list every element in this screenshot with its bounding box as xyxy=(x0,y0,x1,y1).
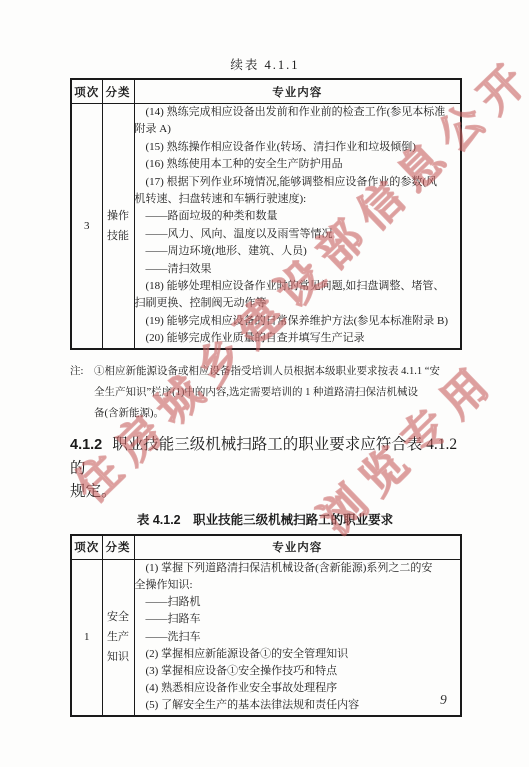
text-line: 全生产知识”栏序(1)中的内容,选定需要培训的 1 种道路清扫保洁机械设 xyxy=(94,382,440,403)
header-professional-content: 专业内容 xyxy=(134,535,461,560)
text-line: (4) 熟悉相应设备作业安全事故处理程序 xyxy=(135,680,461,697)
document-page: 续表 4.1.1 项次 分类 专业内容 3 操作技能 (14) 熟练完成相应设备… xyxy=(0,0,529,767)
header-item-no: 项次 xyxy=(71,535,102,560)
text-line: ——扫路机 xyxy=(135,594,461,611)
text-line: ——路面垃圾的种类和数量 xyxy=(135,208,461,225)
row-index: 3 xyxy=(71,104,102,349)
text-line: (3) 掌握相应设备①安全操作技巧和特点 xyxy=(135,663,461,680)
row-category: 操作技能 xyxy=(102,104,134,349)
text-line: 技能 xyxy=(103,226,134,246)
text-line: 附录 A) xyxy=(135,121,461,138)
text-line: (1) 掌握下列道路清扫保洁机械设备(含新能源)系列之二的安 xyxy=(135,560,461,577)
table-header-row: 项次 分类 专业内容 xyxy=(71,79,461,104)
text-line: (5) 了解安全生产的基本法律法规和责任内容 xyxy=(135,697,461,714)
row-category: 安全生产知识 xyxy=(102,559,134,715)
text-line: (2) 掌握相应新能源设备①的安全管理知识 xyxy=(135,646,461,663)
text-line: (17) 根据下列作业环境情况,能够调整相应设备作业的参数(风 xyxy=(135,174,461,191)
row-content: (1) 掌握下列道路清扫保洁机械设备(含新能源)系列之二的安全操作知识: ——扫… xyxy=(134,559,461,715)
text-line: ——洗扫车 xyxy=(135,629,461,646)
section-number: 4.1.2 xyxy=(70,437,102,453)
page-content: 续表 4.1.1 项次 分类 专业内容 3 操作技能 (14) 熟练完成相应设备… xyxy=(70,0,460,717)
text-line: ——风力、风向、温度以及雨雪等情况 xyxy=(135,226,461,243)
text-line: ——周边环境(地形、建筑、人员) xyxy=(135,243,461,260)
text-line: 生产 xyxy=(103,627,134,647)
note-label: 注: xyxy=(70,361,94,424)
text-line: (16) 熟练使用本工种的安全生产防护用品 xyxy=(135,156,461,173)
header-category: 分类 xyxy=(102,535,134,560)
section-heading-line2: 规定。 xyxy=(70,480,460,503)
text-line: (15) 熟练操作相应设备作业(转场、清扫作业和垃圾倾倒) xyxy=(135,139,461,156)
section-text: 职业技能三级机械扫路工的职业要求应符合表 4.1.2 的 xyxy=(70,436,457,477)
text-line: 备(含新能源)。 xyxy=(94,403,440,424)
text-line: (20) 能够完成作业质量的自查并填写生产记录 xyxy=(135,330,461,347)
table-row: 3 操作技能 (14) 熟练完成相应设备出发前和作业前的检查工作(参见本标准附录… xyxy=(71,104,461,349)
table-note: 注: ①相应新能源设备或相应设备指受培训人员根据本级职业要求按表 4.1.1 “… xyxy=(70,361,460,424)
text-line: 操作 xyxy=(103,206,134,226)
header-item-no: 项次 xyxy=(71,79,102,104)
page-number: 9 xyxy=(440,692,447,708)
header-professional-content: 专业内容 xyxy=(134,79,461,104)
table-row: 1 安全生产知识 (1) 掌握下列道路清扫保洁机械设备(含新能源)系列之二的安全… xyxy=(71,559,461,715)
text-line: 扫刷更换、控制阀无动作等 xyxy=(135,295,461,312)
section-heading-line1: 4.1.2职业技能三级机械扫路工的职业要求应符合表 4.1.2 的 xyxy=(70,433,460,480)
continued-table-title: 续表 4.1.1 xyxy=(70,55,460,73)
row-content: (14) 熟练完成相应设备出发前和作业前的检查工作(参见本标准附录 A) (15… xyxy=(134,104,461,349)
header-category: 分类 xyxy=(102,79,134,104)
text-line: 安全 xyxy=(103,607,134,627)
text-line: 知识 xyxy=(103,647,134,667)
note-text: ①相应新能源设备或相应设备指受培训人员根据本级职业要求按表 4.1.1 “安全生… xyxy=(94,361,440,424)
text-line: 全操作知识: xyxy=(135,577,461,594)
section-heading: 4.1.2职业技能三级机械扫路工的职业要求应符合表 4.1.2 的 规定。 xyxy=(70,433,460,503)
table-4-1-1-continued: 项次 分类 专业内容 3 操作技能 (14) 熟练完成相应设备出发前和作业前的检… xyxy=(70,78,462,350)
table-4-1-2-caption: 表 4.1.2 职业技能三级机械扫路工的职业要求 xyxy=(70,510,460,528)
text-line: ——扫路车 xyxy=(135,611,461,628)
text-line: ——清扫效果 xyxy=(135,261,461,278)
text-line: (14) 熟练完成相应设备出发前和作业前的检查工作(参见本标准 xyxy=(135,104,461,121)
text-line: 机转速、扫盘转速和车辆行驶速度): xyxy=(135,191,461,208)
table-4-1-2: 项次 分类 专业内容 1 安全生产知识 (1) 掌握下列道路清扫保洁机械设备(含… xyxy=(70,534,462,717)
row-index: 1 xyxy=(71,559,102,715)
table-header-row: 项次 分类 专业内容 xyxy=(71,535,461,560)
text-line: ①相应新能源设备或相应设备指受培训人员根据本级职业要求按表 4.1.1 “安 xyxy=(94,361,440,382)
text-line: (18) 能够处理相应设备作业时的常见问题,如扫盘调整、堵管、 xyxy=(135,278,461,295)
text-line: (19) 能够完成相应设备的日常保养维护方法(参见本标准附录 B) xyxy=(135,313,461,330)
